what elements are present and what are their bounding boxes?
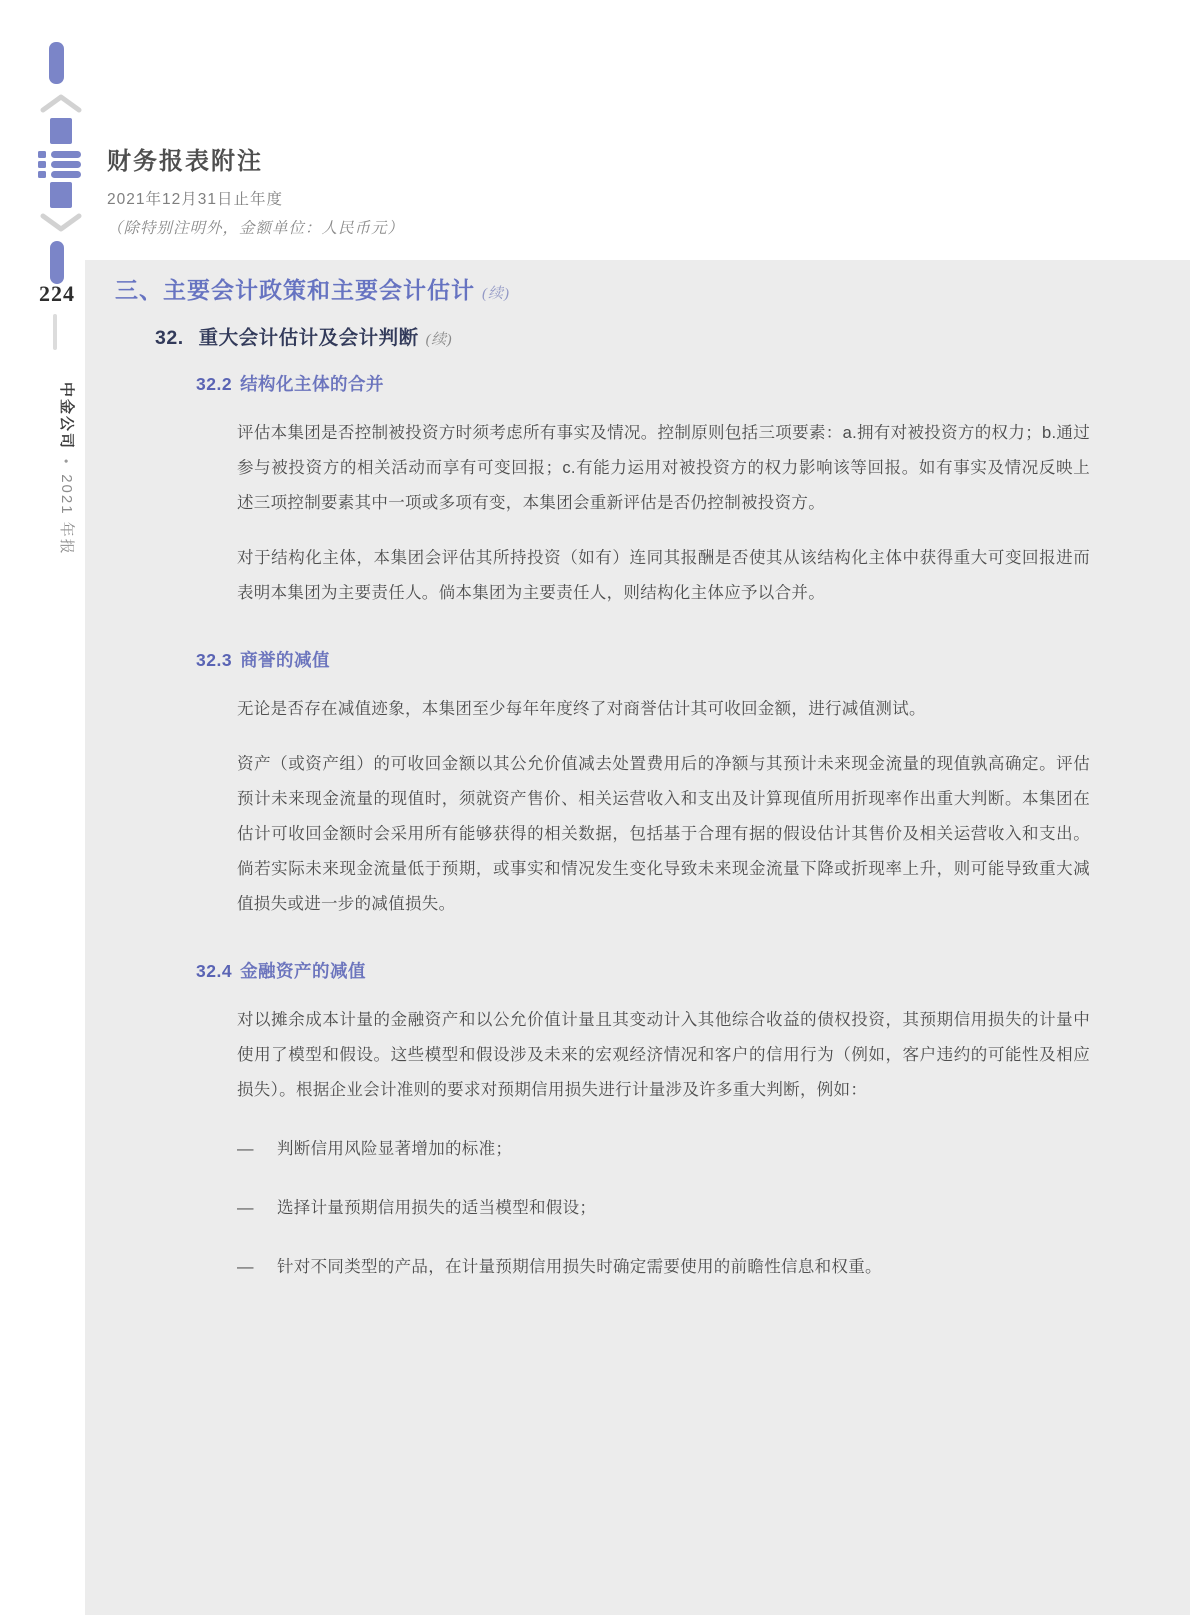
currency-unit-note: （除特别注明外，金额单位：人民币元） <box>107 216 404 238</box>
chevron-down-icon <box>40 213 82 233</box>
heading-32-2-number: 32.2 <box>196 374 232 394</box>
heading-32-4: 32.4金融资产的减值 <box>196 958 1090 983</box>
paragraph: 评估本集团是否控制被投资方时须考虑所有事实及情况。控制原则包括三项要素：a.拥有… <box>237 416 1090 521</box>
decorative-bar-mid <box>50 241 64 284</box>
section-title: 三、主要会计政策和主要会计估计(续) <box>115 272 1090 305</box>
subsection-title: 32.重大会计估计及会计判断(续) <box>155 322 1090 350</box>
list-icon <box>38 151 84 181</box>
list-icon-row <box>38 151 84 158</box>
page-header: 财务报表附注 2021年12月31日止年度 （除特别注明外，金额单位：人民币元） <box>107 141 404 238</box>
bullet-item: —针对不同类型的产品，在计量预期信用损失时确定需要使用的前瞻性信息和权重。 <box>237 1250 1090 1285</box>
heading-32-2: 32.2结构化主体的合并 <box>196 371 1090 396</box>
paragraph: 资产（或资产组）的可收回金额以其公允价值减去处置费用后的净额与其预计未来现金流量… <box>237 747 1090 922</box>
page-number-tick <box>53 314 57 350</box>
list-icon-row <box>38 171 84 178</box>
paragraph: 对于结构化主体，本集团会评估其所持投资（如有）连同其报酬是否使其从该结构化主体中… <box>237 541 1090 611</box>
paragraph: 对以摊余成本计量的金融资产和以公允价值计量且其变动计入其他综合收益的债权投资，其… <box>237 1003 1090 1108</box>
bullet-text: 选择计量预期信用损失的适当模型和假设； <box>277 1191 596 1226</box>
brand-bullet: • <box>59 459 73 465</box>
bullet-dash: — <box>237 1132 277 1167</box>
bullet-item: —选择计量预期信用损失的适当模型和假设； <box>237 1191 1090 1226</box>
decorative-bar-top <box>49 42 64 84</box>
bullet-dash: — <box>237 1250 277 1285</box>
subsection-title-text: 重大会计估计及会计判断 <box>199 327 419 349</box>
heading-32-3-number: 32.3 <box>196 650 232 670</box>
heading-32-4-title: 金融资产的减值 <box>240 961 366 981</box>
heading-32-2-title: 结构化主体的合并 <box>240 374 384 394</box>
subsection-continued-mark: (续) <box>426 332 453 348</box>
bullet-dash: — <box>237 1191 277 1226</box>
list-icon-row <box>38 161 84 168</box>
bullet-text: 针对不同类型的产品，在计量预期信用损失时确定需要使用的前瞻性信息和权重。 <box>277 1250 882 1285</box>
heading-32-3-title: 商誉的减值 <box>240 650 330 670</box>
document-title: 财务报表附注 <box>107 141 404 176</box>
report-page: 224 中金公司•2021 年报 财务报表附注 2021年12月31日止年度 （… <box>0 0 1190 1615</box>
bullet-item: —判断信用风险显著增加的标准； <box>237 1132 1090 1167</box>
heading-32-4-number: 32.4 <box>196 961 232 981</box>
subsection-number: 32. <box>155 327 184 349</box>
section-title-text: 三、主要会计政策和主要会计估计 <box>115 277 475 303</box>
paragraph: 无论是否存在减值迹象，本集团至少每年年度终了对商誉估计其可收回金额，进行减值测试… <box>237 692 1090 727</box>
brand-company: 中金公司 <box>58 382 75 450</box>
brand-year: 2021 年报 <box>58 474 75 556</box>
chevron-up-icon <box>40 93 82 113</box>
decorative-block-top <box>50 118 72 144</box>
bullet-text: 判断信用风险显著增加的标准； <box>277 1132 512 1167</box>
left-rail: 224 中金公司•2021 年报 <box>0 0 85 1615</box>
page-number: 224 <box>34 281 80 307</box>
notes-content: 三、主要会计政策和主要会计估计(续) 32.重大会计估计及会计判断(续) 32.… <box>115 272 1090 1285</box>
spine-brand-text: 中金公司•2021 年报 <box>57 382 78 556</box>
heading-32-3: 32.3商誉的减值 <box>196 647 1090 672</box>
section-continued-mark: (续) <box>482 286 510 302</box>
decorative-block-bottom <box>50 182 72 208</box>
reporting-period: 2021年12月31日止年度 <box>107 187 404 209</box>
